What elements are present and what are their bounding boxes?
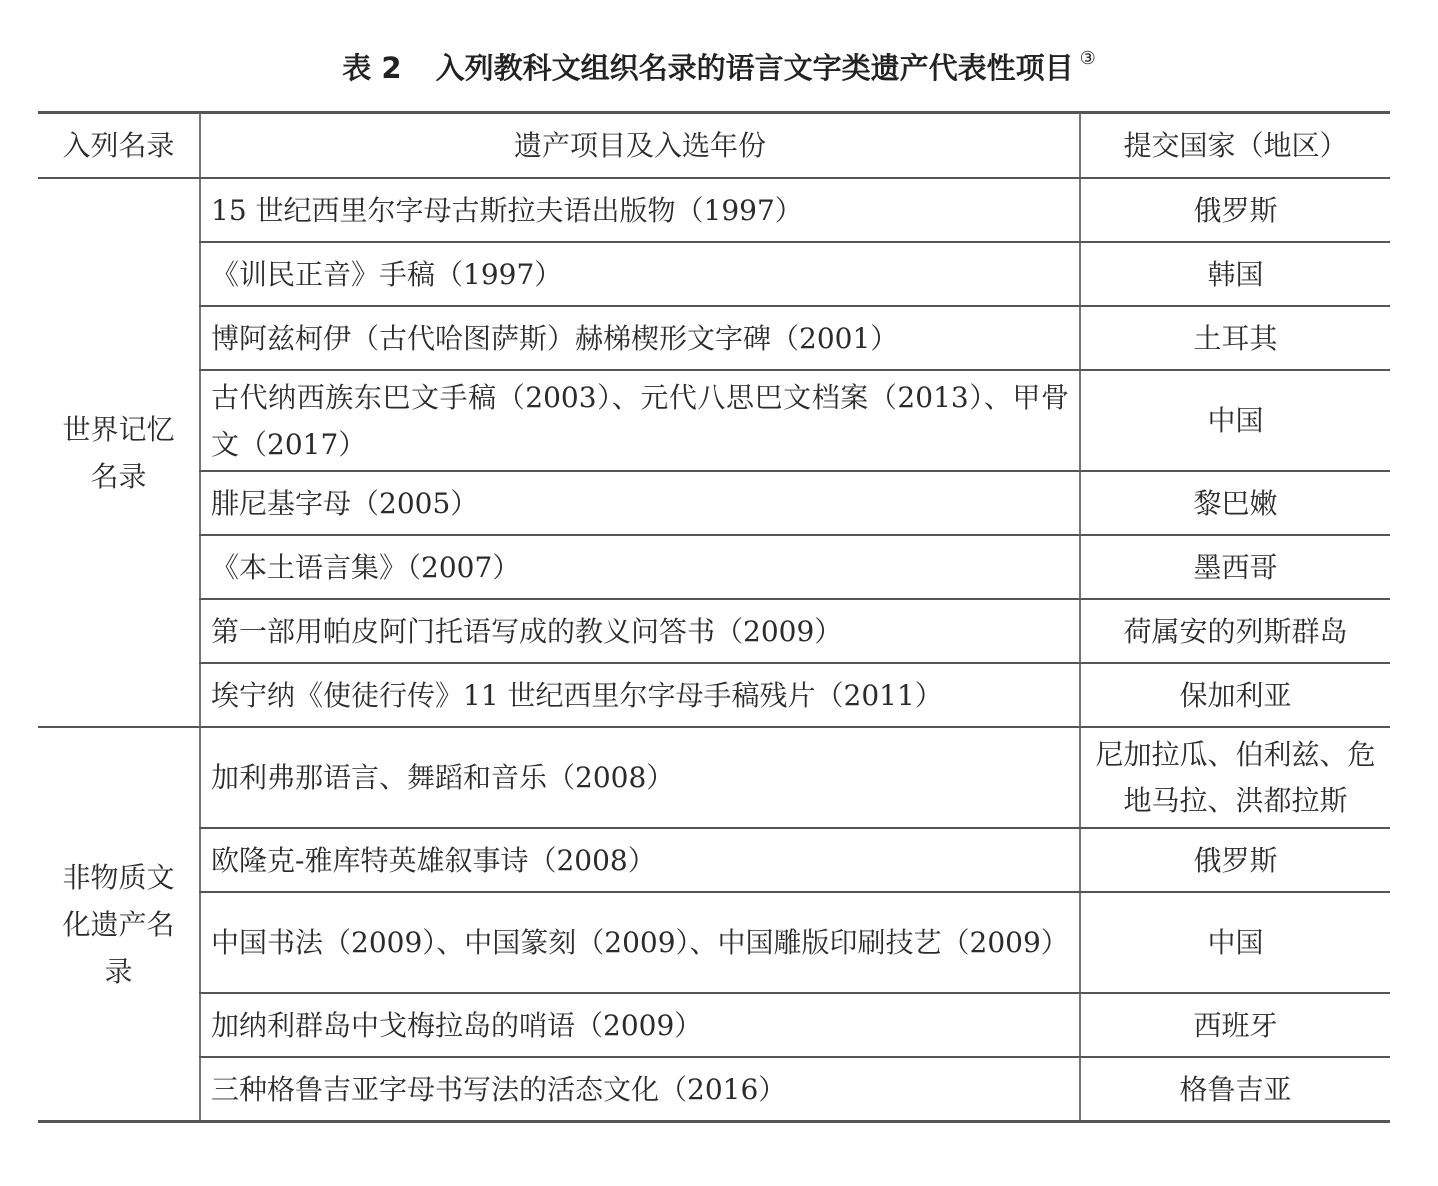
- header-list: 入列名录: [38, 113, 200, 179]
- footnote-mark: ③: [1080, 48, 1096, 69]
- table-row: 埃宁纳《使徒行传》11 世纪西里尔字母手稿残片（2011） 保加利亚: [38, 663, 1390, 727]
- group-label-text: 世界记忆名录: [54, 406, 184, 500]
- table-row: 腓尼基字母（2005） 黎巴嫩: [38, 471, 1390, 535]
- country-cell: 俄罗斯: [1080, 178, 1390, 242]
- country-cell: 韩国: [1080, 242, 1390, 306]
- table-row: 《本土语言集》（2007） 墨西哥: [38, 535, 1390, 599]
- table-title: 入列教科文组织名录的语言文字类遗产代表性项目: [436, 51, 1074, 85]
- item-cell: 中国书法（2009）、中国篆刻（2009）、中国雕版印刷技艺（2009）: [200, 892, 1080, 993]
- country-cell: 土耳其: [1080, 306, 1390, 370]
- item-cell: 《本土语言集》（2007）: [200, 535, 1080, 599]
- country-cell: 西班牙: [1080, 993, 1390, 1057]
- group-label: 非物质文化遗产名录: [38, 727, 200, 1122]
- header-item: 遗产项目及入选年份: [200, 113, 1080, 179]
- table-row: 加纳利群岛中戈梅拉岛的哨语（2009） 西班牙: [38, 993, 1390, 1057]
- country-cell: 格鲁吉亚: [1080, 1057, 1390, 1122]
- header-row: 入列名录 遗产项目及入选年份 提交国家（地区）: [38, 113, 1390, 179]
- heritage-table: 入列名录 遗产项目及入选年份 提交国家（地区） 世界记忆名录 15 世纪西里尔字…: [38, 111, 1390, 1123]
- table-row: 博阿兹柯伊（古代哈图萨斯）赫梯楔形文字碑（2001） 土耳其: [38, 306, 1390, 370]
- item-cell: 腓尼基字母（2005）: [200, 471, 1080, 535]
- table-row: 中国书法（2009）、中国篆刻（2009）、中国雕版印刷技艺（2009） 中国: [38, 892, 1390, 993]
- table-row: 欧隆克-雅库特英雄叙事诗（2008） 俄罗斯: [38, 828, 1390, 892]
- country-cell: 黎巴嫩: [1080, 471, 1390, 535]
- group-label-text: 非物质文化遗产名录: [54, 854, 184, 995]
- group-label: 世界记忆名录: [38, 178, 200, 727]
- item-cell: 《训民正音》手稿（1997）: [200, 242, 1080, 306]
- item-cell: 博阿兹柯伊（古代哈图萨斯）赫梯楔形文字碑（2001）: [200, 306, 1080, 370]
- table-row: 第一部用帕皮阿门托语写成的教义问答书（2009） 荷属安的列斯群岛: [38, 599, 1390, 663]
- table-row: 三种格鲁吉亚字母书写法的活态文化（2016） 格鲁吉亚: [38, 1057, 1390, 1122]
- table-row: 世界记忆名录 15 世纪西里尔字母古斯拉夫语出版物（1997） 俄罗斯: [38, 178, 1390, 242]
- item-cell: 埃宁纳《使徒行传》11 世纪西里尔字母手稿残片（2011）: [200, 663, 1080, 727]
- item-cell: 加利弗那语言、舞蹈和音乐（2008）: [200, 727, 1080, 828]
- table-number: 表 2: [342, 51, 401, 85]
- table-row: 非物质文化遗产名录 加利弗那语言、舞蹈和音乐（2008） 尼加拉瓜、伯利兹、危地…: [38, 727, 1390, 828]
- item-cell: 欧隆克-雅库特英雄叙事诗（2008）: [200, 828, 1080, 892]
- table-row: 《训民正音》手稿（1997） 韩国: [38, 242, 1390, 306]
- country-cell: 俄罗斯: [1080, 828, 1390, 892]
- item-cell: 三种格鲁吉亚字母书写法的活态文化（2016）: [200, 1057, 1080, 1122]
- item-cell: 古代纳西族东巴文手稿（2003）、元代八思巴文档案（2013）、甲骨文（2017…: [200, 370, 1080, 471]
- table-row: 古代纳西族东巴文手稿（2003）、元代八思巴文档案（2013）、甲骨文（2017…: [38, 370, 1390, 471]
- country-cell: 中国: [1080, 892, 1390, 993]
- country-cell: 墨西哥: [1080, 535, 1390, 599]
- country-text: 尼加拉瓜、伯利兹、危地马拉、洪都拉斯: [1091, 732, 1381, 824]
- country-cell: 荷属安的列斯群岛: [1080, 599, 1390, 663]
- header-country: 提交国家（地区）: [1080, 113, 1390, 179]
- country-cell: 保加利亚: [1080, 663, 1390, 727]
- table-caption: 表 2入列教科文组织名录的语言文字类遗产代表性项目③: [0, 46, 1438, 87]
- country-cell: 中国: [1080, 370, 1390, 471]
- item-cell: 第一部用帕皮阿门托语写成的教义问答书（2009）: [200, 599, 1080, 663]
- item-cell: 加纳利群岛中戈梅拉岛的哨语（2009）: [200, 993, 1080, 1057]
- country-cell: 尼加拉瓜、伯利兹、危地马拉、洪都拉斯: [1080, 727, 1390, 828]
- item-cell: 15 世纪西里尔字母古斯拉夫语出版物（1997）: [200, 178, 1080, 242]
